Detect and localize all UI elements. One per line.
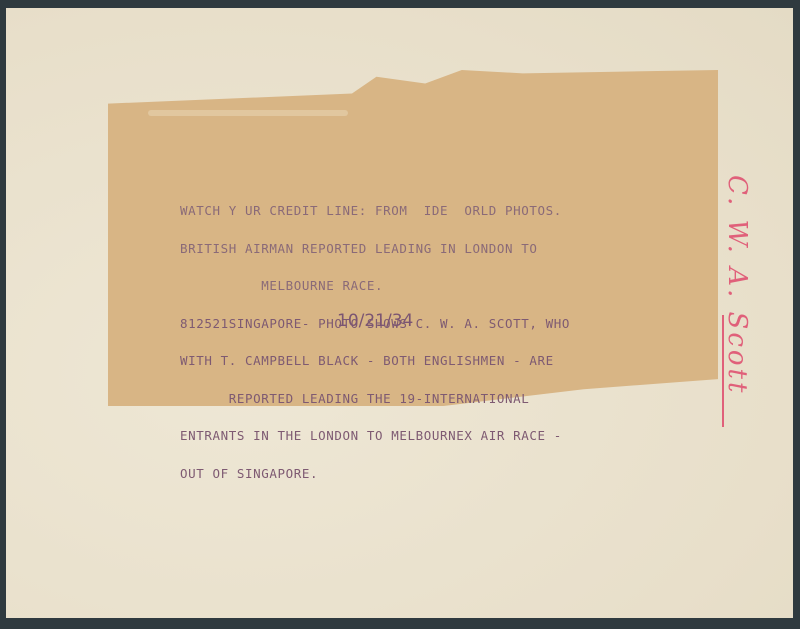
handwritten-annotation: C. W. A. Scott bbox=[722, 175, 762, 435]
caption-body-line-1: 812521SINGAPORE- PHOTO SHOWS C. W. A. SC… bbox=[180, 318, 650, 331]
handwritten-name: C. W. A. Scott bbox=[722, 175, 752, 395]
caption-body-line-4: ENTRANTS IN THE LONDON TO MELBOURNEX AIR… bbox=[180, 430, 650, 443]
caption-text: WATCH Y UR CREDIT LINE: FROM IDE ORLD PH… bbox=[180, 180, 650, 505]
caption-body-line-5: OUT OF SINGAPORE. bbox=[180, 468, 650, 481]
caption-body-line-3: REPORTED LEADING THE 19-INTERNATIONAL bbox=[180, 393, 650, 406]
clipping-wear-mark bbox=[148, 110, 348, 116]
caption-date: 10/21/34 bbox=[337, 315, 413, 328]
caption-header-line-3: MELBOURNE RACE. bbox=[180, 280, 650, 293]
caption-header-line-1: WATCH Y UR CREDIT LINE: FROM IDE ORLD PH… bbox=[180, 205, 650, 218]
caption-header-line-2: BRITISH AIRMAN REPORTED LEADING IN LONDO… bbox=[180, 243, 650, 256]
caption-body-line-2: WITH T. CAMPBELL BLACK - BOTH ENGLISHMEN… bbox=[180, 355, 650, 368]
handwritten-underline bbox=[722, 315, 724, 427]
